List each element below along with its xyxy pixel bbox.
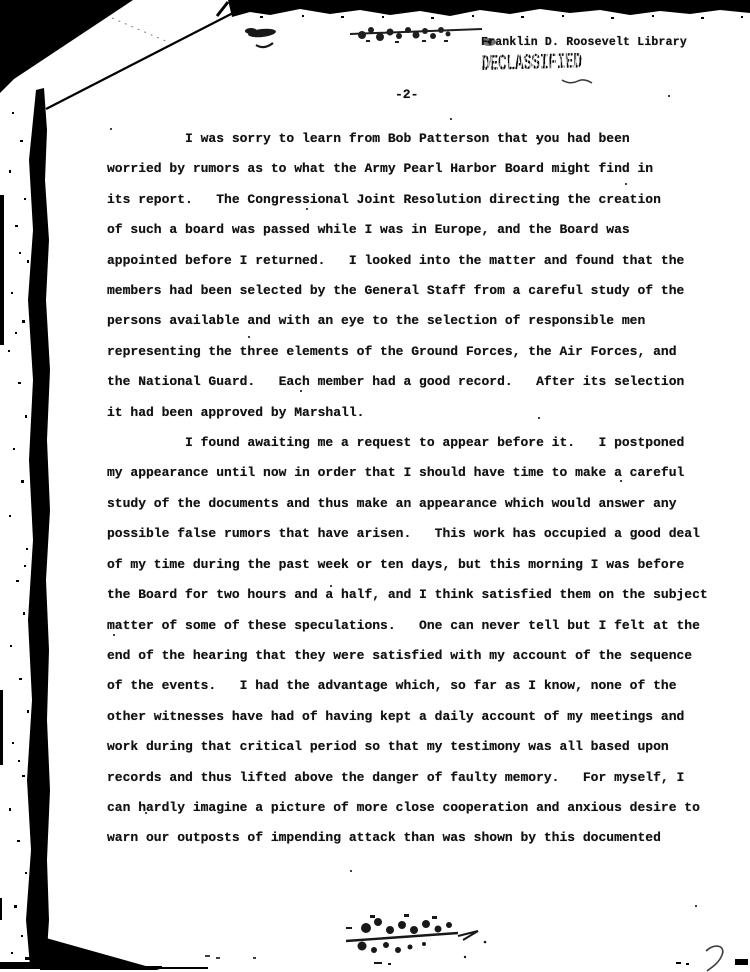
text-line: the Board for two hours and a half, and … [107, 580, 708, 610]
page-number: -2- [395, 87, 418, 102]
text-line: end of the hearing that they were satisf… [107, 641, 708, 671]
text-line: I found awaiting me a request to appear … [107, 428, 708, 458]
library-provenance-stamp: Franklin D. Roosevelt Library [481, 36, 687, 49]
text-line: the National Guard. Each member had a go… [107, 367, 708, 397]
text-line: worried by rumors as to what the Army Pe… [107, 154, 708, 184]
text-line: study of the documents and thus make an … [107, 489, 708, 519]
text-line: persons available and with an eye to the… [107, 306, 708, 336]
text-line: possible false rumors that have arisen. … [107, 519, 708, 549]
text-line: can hardly imagine a picture of more clo… [107, 793, 708, 823]
text-line: I was sorry to learn from Bob Patterson … [107, 124, 708, 154]
text-line: work during that critical period so that… [107, 732, 708, 762]
declassified-stamp: DECLASSIFIED [481, 49, 582, 77]
text-line: my appearance until now in order that I … [107, 458, 708, 488]
text-line: its report. The Congressional Joint Reso… [107, 185, 708, 215]
scanned-letter-page: Franklin D. Roosevelt Library DECLASSIFI… [0, 0, 750, 972]
text-line: representing the three elements of the G… [107, 337, 708, 367]
text-line: members had been selected by the General… [107, 276, 708, 306]
body-text: I was sorry to learn from Bob Patterson … [107, 124, 708, 854]
text-line: other witnesses have had of having kept … [107, 702, 708, 732]
text-line: of the events. I had the advantage which… [107, 671, 708, 701]
text-layer: Franklin D. Roosevelt Library DECLASSIFI… [0, 0, 750, 972]
text-line: warn our outposts of impending attack th… [107, 823, 708, 853]
text-line: it had been approved by Marshall. [107, 398, 708, 428]
text-line: of such a board was passed while I was i… [107, 215, 708, 245]
text-line: matter of some of these speculations. On… [107, 611, 708, 641]
text-line: of my time during the past week or ten d… [107, 550, 708, 580]
text-line: appointed before I returned. I looked in… [107, 246, 708, 276]
text-line: records and thus lifted above the danger… [107, 763, 708, 793]
